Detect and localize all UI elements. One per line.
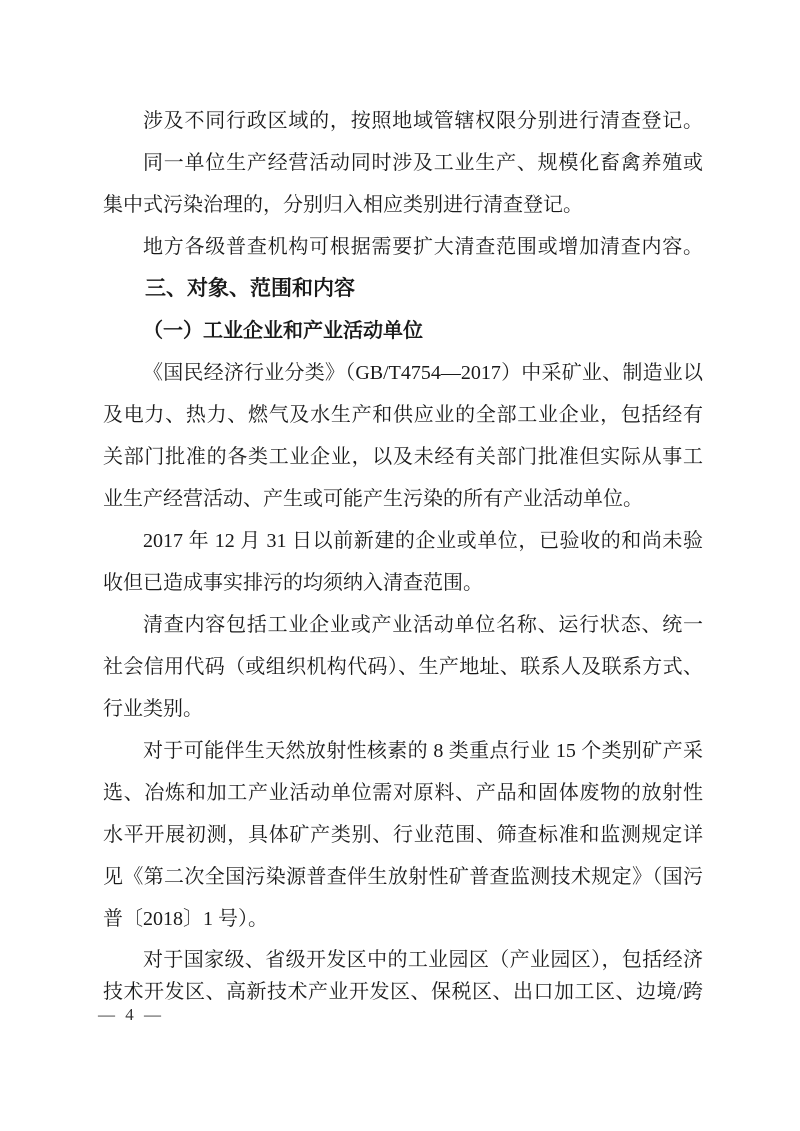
- subsection-heading: （一）工业企业和产业活动单位: [103, 310, 703, 352]
- text-line: 及电力、热力、燃气及水生产和供应业的全部工业企业，包括经有: [103, 394, 703, 436]
- paragraph: 对于可能伴生天然放射性核素的 8 类重点行业 15 个类别矿产采选、冶炼和加工产…: [103, 730, 703, 940]
- text-line: 对于国家级、省级开发区中的工业园区（产业园区），包括经济: [103, 944, 703, 976]
- text-line: 水平开展初测，具体矿产类别、行业范围、筛查标准和监测规定详: [103, 814, 703, 856]
- text-line: 技术开发区、高新技术产业开发区、保税区、出口加工区、边境/跨: [103, 976, 703, 1008]
- text-line: 《国民经济行业分类》（GB/T4754—2017）中采矿业、制造业以: [103, 352, 703, 394]
- text-line: 行业类别。: [103, 688, 703, 730]
- text-line: （一）工业企业和产业活动单位: [103, 310, 703, 352]
- text-line: 业生产经营活动、产生或可能产生污染的所有产业活动单位。: [103, 478, 703, 520]
- paragraph: 同一单位生产经营活动同时涉及工业生产、规模化畜禽养殖或集中式污染治理的，分别归入…: [103, 142, 703, 226]
- paragraph: 《国民经济行业分类》（GB/T4754—2017）中采矿业、制造业以及电力、热力…: [103, 352, 703, 520]
- document-page: 涉及不同行政区域的，按照地域管辖权限分别进行清查登记。同一单位生产经营活动同时涉…: [0, 0, 800, 1131]
- text-line: 选、冶炼和加工产业活动单位需对原料、产品和固体废物的放射性: [103, 772, 703, 814]
- paragraph: 涉及不同行政区域的，按照地域管辖权限分别进行清查登记。: [103, 100, 703, 142]
- text-line: 三、对象、范围和内容: [103, 268, 703, 310]
- paragraph: 地方各级普查机构可根据需要扩大清查范围或增加清查内容。: [103, 226, 703, 268]
- text-line: 清查内容包括工业企业或产业活动单位名称、运行状态、统一: [103, 604, 703, 646]
- text-line: 集中式污染治理的，分别归入相应类别进行清查登记。: [103, 184, 703, 226]
- text-line: 普〔2018〕1 号）。: [103, 898, 703, 940]
- paragraph: 对于国家级、省级开发区中的工业园区（产业园区），包括经济技术开发区、高新技术产业…: [103, 944, 703, 1008]
- text-line: 2017 年 12 月 31 日以前新建的企业或单位，已验收的和尚未验: [103, 520, 703, 562]
- page-number: — 4 —: [98, 1005, 164, 1025]
- text-line: 收但已造成事实排污的均须纳入清查范围。: [103, 562, 703, 604]
- section-heading: 三、对象、范围和内容: [103, 268, 703, 310]
- text-line: 见《第二次全国污染源普查伴生放射性矿普查监测技术规定》（国污: [103, 856, 703, 898]
- text-line: 社会信用代码（或组织机构代码）、生产地址、联系人及联系方式、: [103, 646, 703, 688]
- text-line: 同一单位生产经营活动同时涉及工业生产、规模化畜禽养殖或: [103, 142, 703, 184]
- text-line: 地方各级普查机构可根据需要扩大清查范围或增加清查内容。: [103, 226, 703, 268]
- paragraph: 清查内容包括工业企业或产业活动单位名称、运行状态、统一社会信用代码（或组织机构代…: [103, 604, 703, 730]
- text-line: 对于可能伴生天然放射性核素的 8 类重点行业 15 个类别矿产采: [103, 730, 703, 772]
- document-body: 涉及不同行政区域的，按照地域管辖权限分别进行清查登记。同一单位生产经营活动同时涉…: [103, 100, 703, 1008]
- text-line: 涉及不同行政区域的，按照地域管辖权限分别进行清查登记。: [103, 100, 703, 142]
- paragraph: 2017 年 12 月 31 日以前新建的企业或单位，已验收的和尚未验收但已造成…: [103, 520, 703, 604]
- text-line: 关部门批准的各类工业企业，以及未经有关部门批准但实际从事工: [103, 436, 703, 478]
